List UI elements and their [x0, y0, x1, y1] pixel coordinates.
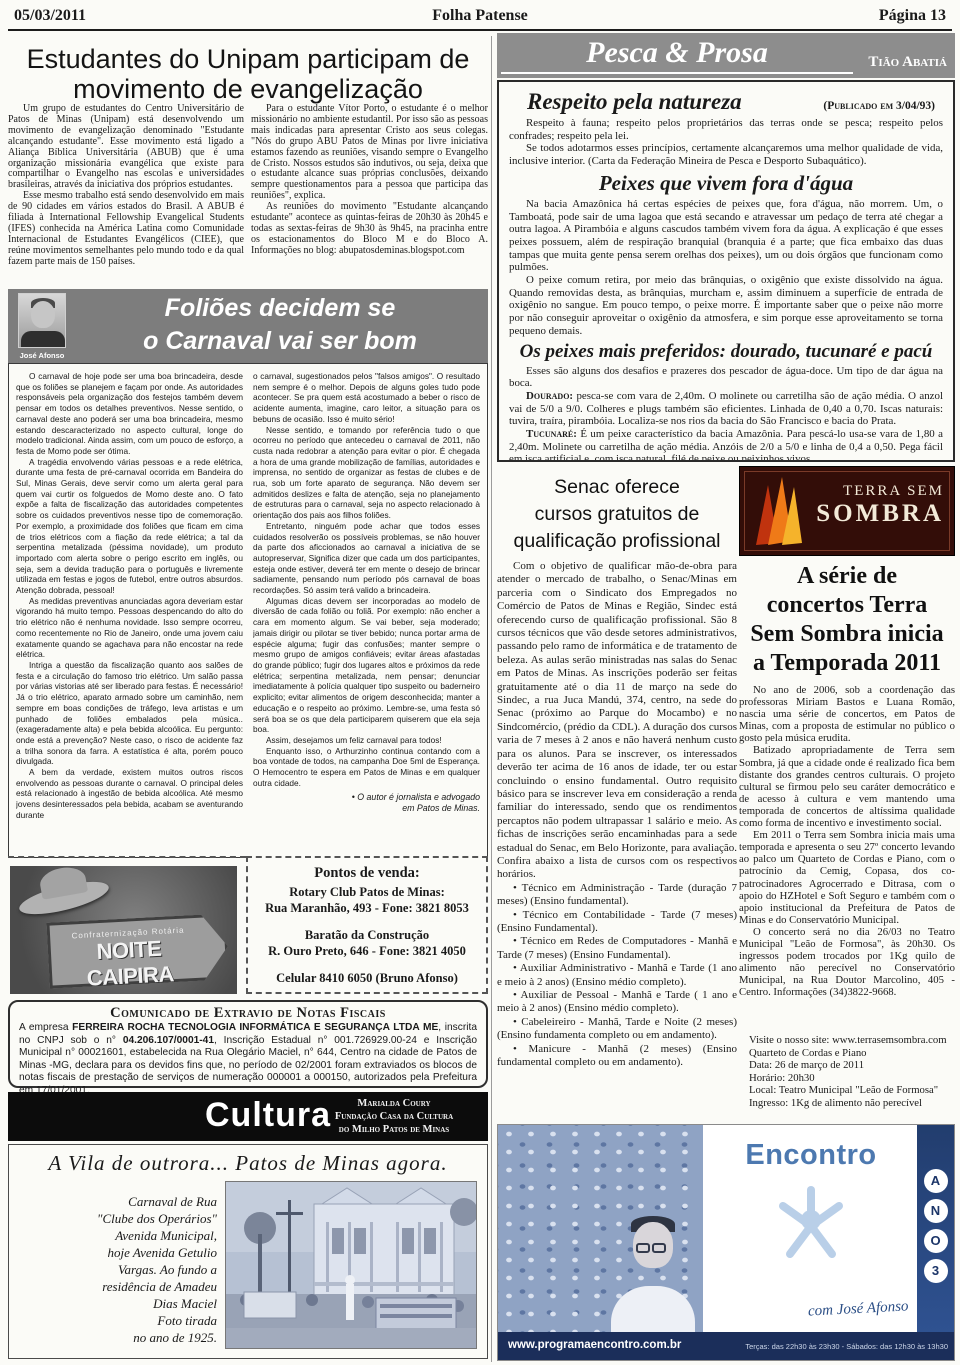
evangelization-article-title: Estudantes do Unipam participam de movim…	[8, 44, 488, 104]
fish-paragraph: Dourado: pesca-se com vara de 2,40m. O m…	[509, 390, 943, 428]
peixes-preferidos-intro: Esses são alguns dos desafios e prazeres…	[509, 365, 943, 390]
article-paragraph: No ano de 2006, sob a coordenação das pr…	[739, 684, 955, 744]
comunicado-body: A empresa FERREIRA ROCHA TECNOLOGIA INFO…	[19, 1022, 477, 1097]
concert-info-line: Quarteto de Cordas e Piano	[739, 1047, 955, 1060]
photo-caption-line: Dias Maciel	[19, 1295, 217, 1312]
peixes-preferidos-title: Os peixes mais preferidos: dourado, tucu…	[509, 341, 943, 363]
photo-caption: José Afonso	[10, 351, 74, 360]
noite-caipira-photo: Confraternização Rotária NOITE CAIPIRA	[10, 866, 237, 994]
article-paragraph: Um grupo de estudantes do Centro Univers…	[8, 104, 244, 191]
newspaper-page: 05/03/2011 Folha Patense Página 13 Estud…	[0, 0, 960, 1365]
sale-point-line: Rua Maranhão, 493 - Fone: 3821 8053	[248, 900, 486, 916]
photo-caption-line: Vargas. Ao fundo a	[19, 1261, 217, 1278]
company-name: FERREIRA ROCHA TECNOLOGIA INFORMÁTICA E …	[72, 1022, 438, 1033]
program-website: www.programaencontro.com.br	[508, 1339, 681, 1351]
historic-photo-drawing	[226, 1182, 476, 1348]
article-paragraph: Com o objetivo de qualificar mão-de-obra…	[497, 560, 737, 882]
fish-name-lead: Tucunaré:	[526, 428, 577, 440]
figure-shirt-shape	[611, 1286, 695, 1334]
fish-list: Dourado: pesca-se com vara de 2,40m. O m…	[509, 390, 943, 462]
glasses-icon	[636, 1240, 670, 1251]
folioes-title-line2: o Carnaval vai ser bom	[80, 327, 480, 356]
ano-badge: A	[924, 1169, 948, 1193]
sale-point-line: Rotary Club Patos de Minas:	[248, 884, 486, 900]
senac-course-list: • Técnico em Administração - Tarde (dura…	[497, 882, 737, 1070]
noite-caipira-sign: Confraternização Rotária NOITE CAIPIRA	[46, 913, 229, 988]
article-paragraph: Nesse sentido, e tomando por referência …	[253, 425, 480, 521]
photo-suit-shape	[21, 331, 65, 347]
pesca-prosa-title: Pesca & Prosa	[497, 36, 857, 70]
headline-line: concertos Terra	[739, 591, 955, 620]
crowd-photo	[498, 1125, 703, 1334]
comunicado-box: Comunicado de Extravio de Notas Fiscais …	[8, 1000, 488, 1088]
vila-title: A Vila de outrora... Patos de Minas agor…	[9, 1151, 487, 1176]
byline: Fundação Casa da Cultura	[308, 1110, 480, 1123]
concert-info-line: Visite o nosso site: www.terrasemsombra.…	[739, 1034, 955, 1047]
respeito-title: Respeito pela natureza	[527, 89, 742, 115]
headline-line: a Temporada 2011	[739, 649, 955, 678]
concert-info-list: Visite o nosso site: www.terrasemsombra.…	[739, 1034, 955, 1110]
peixes-fora-title: Peixes que vivem fora d'água	[509, 171, 943, 196]
pesca-author: Tião Abatiá	[868, 54, 947, 71]
page-number: Página 13	[879, 7, 946, 25]
headline-line: cursos gratuitos de	[497, 501, 737, 528]
starburst-figure-icon	[768, 1176, 854, 1262]
article-paragraph: O carnaval de hoje pode ser uma boa brin…	[16, 371, 243, 457]
poster-line1: TERRA SEM	[816, 483, 944, 500]
vila-photo-caption: Carnaval de Rua"Clube dos Operários"Aven…	[19, 1193, 217, 1346]
article-paragraph: Algumas dicas devem ser incorporadas ao …	[253, 596, 480, 735]
terra-article-body: No ano de 2006, sob a coordenação das pr…	[739, 684, 955, 998]
folioes-column-2-text: o carnaval, sugestionados pelos "falsos …	[253, 371, 480, 788]
folioes-column-1: O carnaval de hoje pode ser uma boa brin…	[16, 371, 243, 853]
article-paragraph: Na bacia Amazônica há certas espécies de…	[509, 198, 943, 274]
concert-info-line: Horário: 20h30	[739, 1072, 955, 1085]
sale-point-group: Rotary Club Patos de Minas:Rua Maranhão,…	[248, 884, 486, 916]
terra-sem-sombra-poster: TERRA SEM SOMBRA	[739, 466, 955, 556]
photo-caption-line: Avenida Municipal,	[19, 1227, 217, 1244]
jose-afonso-signature: com José Afonso	[808, 1298, 909, 1320]
respeito-paragraphs: Respeito à fauna; respeito pelos proprie…	[509, 117, 943, 168]
article-paragraph: A tragédia envolvendo várias pessoas e a…	[16, 457, 243, 596]
evangelization-column-1: Um grupo de estudantes do Centro Univers…	[8, 104, 244, 288]
photo-caption-line: residência de Amadeu	[19, 1278, 217, 1295]
jose-afonso-photo	[18, 293, 66, 348]
cnpj-number: 04.206.107/0001-41	[123, 1035, 214, 1046]
photo-caption-line: "Clube dos Operários"	[19, 1210, 217, 1227]
photo-caption-line: hoje Avenida Getulio	[19, 1244, 217, 1261]
concert-info-line: Local: Teatro Municipal "Leão de Formosa…	[739, 1084, 955, 1097]
pontos-de-venda-box: Pontos de venda: Rotary Club Patos de Mi…	[246, 856, 488, 994]
headline-line: Sem Sombra inicia	[739, 620, 955, 649]
photo-head-shape	[31, 301, 55, 328]
course-list-item: • Auxiliar de Pessoal - Manhã e Tarde ( …	[497, 989, 737, 1016]
course-list-item: • Técnico em Contabilidade - Tarde (7 me…	[497, 909, 737, 936]
header-rule	[8, 29, 952, 31]
encontro-logo: Encontro	[703, 1139, 919, 1172]
concert-info-line: Ingresso: 1Kg de alimento não perecível	[739, 1097, 955, 1110]
article-paragraph: Enquanto isso, o Arthurzinho continua co…	[253, 746, 480, 789]
article-paragraph: Assim, desejamos um feliz carnaval para …	[253, 735, 480, 746]
article-paragraph: O peixe comum retira, por meio das brânq…	[509, 274, 943, 338]
vila-article-box: A Vila de outrora... Patos de Minas agor…	[8, 1144, 488, 1359]
article-paragraph: Para o estudante Vítor Porto, o estudant…	[251, 104, 488, 202]
author-signature: • O autor é jornalista e advogado em Pat…	[253, 792, 480, 814]
poster-text: TERRA SEM SOMBRA	[816, 483, 944, 528]
signature-line1: • O autor é jornalista e advogado	[253, 792, 480, 803]
pesca-title-underline	[501, 72, 853, 74]
course-list-item: • Auxiliar Administrativo - Manhã e Tard…	[497, 962, 737, 989]
column-divider	[491, 36, 492, 1362]
historic-photo-1925	[225, 1181, 477, 1349]
folioes-column-2: o carnaval, sugestionados pelos "falsos …	[253, 371, 480, 853]
article-paragraph: Esse mesmo trabalho está sendo desenvolv…	[8, 191, 244, 267]
sale-point-line: Baratão da Construção	[248, 927, 486, 943]
presenter-figure	[607, 1216, 699, 1334]
article-paragraph: Batizado apropriadamente de Terra sem So…	[739, 744, 955, 829]
encontro-ad: Encontro com José Afonso ANO3 www.progra…	[497, 1124, 955, 1361]
sale-point-group: Baratão da ConstruçãoR. Ouro Preto, 646 …	[248, 927, 486, 959]
peixes-fora-paragraphs: Na bacia Amazônica há certas espécies de…	[509, 198, 943, 338]
photo-caption-line: Carnaval de Rua	[19, 1193, 217, 1210]
ano-badge: 3	[924, 1259, 948, 1283]
course-list-item: • Técnico em Administração - Tarde (dura…	[497, 882, 737, 909]
encontro-panel: Encontro com José Afonso	[703, 1125, 919, 1334]
pesca-prosa-box: Respeito pela natureza (Publicado em 3/0…	[497, 80, 955, 462]
sale-point-line: Celular 8410 6050 (Bruno Afonso)	[248, 970, 486, 986]
course-list-item: • Técnico em Redes de Computadores - Man…	[497, 935, 737, 962]
article-paragraph: O concerto será no dia 26/03 no Teatro M…	[739, 926, 955, 999]
headline-line: Senac oferece	[497, 474, 737, 501]
headline-line: A série de	[739, 562, 955, 591]
terra-article-title: A série deconcertos TerraSem Sombra inic…	[739, 562, 955, 678]
newspaper-title: Folha Patense	[0, 7, 960, 25]
concert-info-line: Data: 26 de março de 2011	[739, 1059, 955, 1072]
dashed-separator	[8, 856, 246, 858]
ano-3-strip: ANO3	[917, 1125, 954, 1334]
article-paragraph: Em 2011 o Terra sem Sombra inicia mais u…	[739, 829, 955, 926]
comunicado-seg1: A empresa	[19, 1022, 72, 1033]
article-paragraph: Entretanto, ninguém pode achar que todos…	[253, 521, 480, 596]
article-paragraph: Se todos adotarmos esses princípios, cer…	[509, 142, 943, 167]
pesca-prosa-banner: Pesca & Prosa Tião Abatiá	[497, 33, 955, 78]
course-list-item: • Manicure - Manhã (2 meses) (Ensino fun…	[497, 1043, 737, 1070]
article-paragraph: Respeito à fauna; respeito pelos proprie…	[509, 117, 943, 142]
article-paragraph: As medidas preventivas anunciadas agora …	[16, 596, 243, 660]
sign-title: NOITE CAIPIRA	[50, 933, 209, 993]
cultura-bylines: Marialda CouryFundação Casa da Culturado…	[308, 1097, 480, 1136]
headline-line: qualificação profissional	[497, 528, 737, 555]
ano-badge: N	[924, 1199, 948, 1223]
ad-bottom-strip: www.programaencontro.com.br Terças: das …	[498, 1332, 955, 1360]
poster-line2: SOMBRA	[816, 500, 944, 528]
article-paragraph: Intriga a questão da fiscalização quanto…	[16, 660, 243, 767]
cultura-banner: Cultura Marialda CouryFundação Casa da C…	[8, 1092, 488, 1141]
folioes-title-line1: Foliões decidem se	[80, 294, 480, 323]
sale-point-line: R. Ouro Preto, 646 - Fone: 3821 4050	[248, 943, 486, 959]
article-paragraph: A bem da verdade, existem muitos outros …	[16, 767, 243, 821]
program-schedule: Terças: das 22h30 às 23h30 - Sábados: da…	[745, 1342, 948, 1351]
senac-article-body: Com o objetivo de qualificar mão-de-obra…	[497, 560, 737, 1118]
fish-name-lead: Dourado:	[526, 390, 573, 402]
byline: do Milho Patos de Minas	[308, 1123, 480, 1136]
fish-paragraph: Tucunaré: É um peixe característico da b…	[509, 428, 943, 462]
ano-badge: O	[924, 1229, 948, 1253]
respeito-header-row: Respeito pela natureza (Publicado em 3/0…	[509, 87, 943, 117]
sale-point-group: Celular 8410 6050 (Bruno Afonso)	[248, 970, 486, 986]
signature-line2: em Patos de Minas.	[253, 803, 480, 814]
respeito-published-date: (Publicado em 3/04/93)	[823, 100, 935, 112]
evangelization-column-2: Para o estudante Vítor Porto, o estudant…	[251, 104, 488, 288]
senac-article-title: Senac oferececursos gratuitos dequalific…	[497, 474, 737, 555]
photo-caption-line: Foto tirada	[19, 1312, 217, 1329]
senac-paragraphs: Com o objetivo de qualificar mão-de-obra…	[497, 560, 737, 882]
photo-caption-line: no ano de 1925.	[19, 1329, 217, 1346]
flame-feather-icon	[750, 475, 808, 547]
article-paragraph: o carnaval, sugestionados pelos "falsos …	[253, 371, 480, 425]
byline: Marialda Coury	[308, 1097, 480, 1110]
course-list-item: • Cabeleireiro - Manhã, Tarde e Noite (2…	[497, 1016, 737, 1043]
pontos-title: Pontos de venda:	[248, 865, 486, 882]
comunicado-title: Comunicado de Extravio de Notas Fiscais	[19, 1005, 477, 1022]
article-paragraph: As reuniões do movimento "Estudante alca…	[251, 202, 488, 257]
